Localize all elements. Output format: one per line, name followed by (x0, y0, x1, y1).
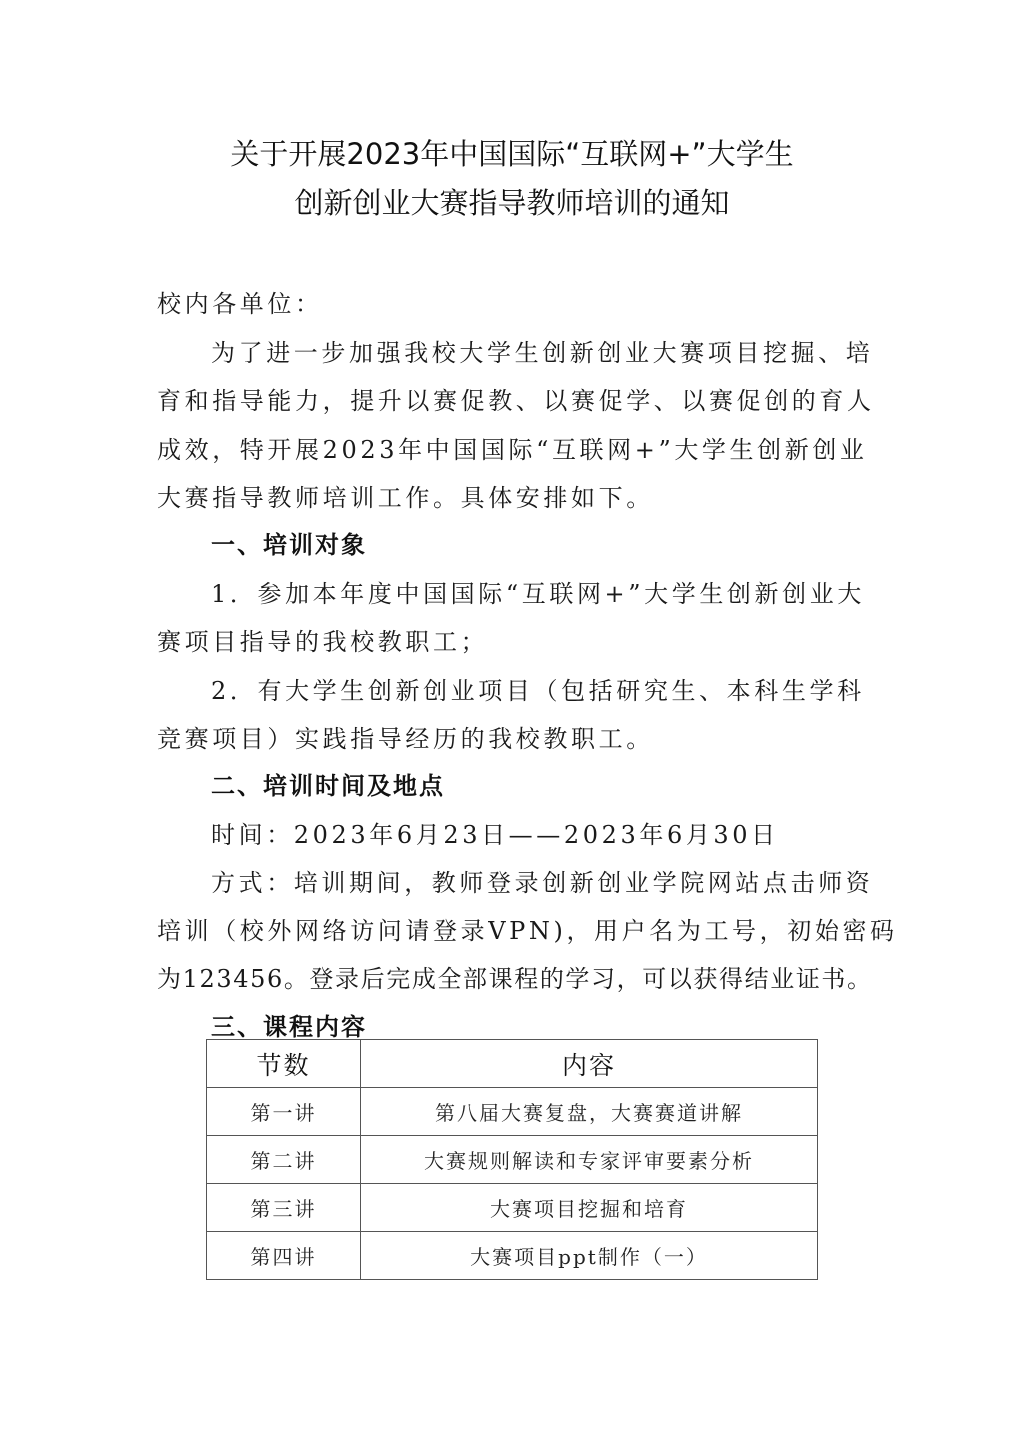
intro-line-2: 育和指导能力，提升以赛促教、以赛促学、以赛促创的育人 (157, 381, 875, 416)
course-table: 节数 内容 第一讲 第八届大赛复盘，大赛赛道讲解 第二讲 大赛规则解读和专家评审… (206, 1039, 818, 1280)
intro-line-1: 为了进一步加强我校大学生创新创业大赛项目挖掘、培 (211, 333, 873, 368)
intro-line-3: 成效，特开展2023年中国国际“互联网+”大学生创新创业 (157, 430, 868, 465)
table-row: 第四讲 大赛项目ppt制作（一） (207, 1232, 818, 1280)
document-title-line-2: 创新创业大赛指导教师培训的通知 (0, 181, 1024, 222)
content-cell: 大赛规则解读和专家评审要素分析 (361, 1136, 818, 1184)
section1-line-1: 1．参加本年度中国国际“互联网+”大学生创新创业大 (211, 574, 865, 609)
session-cell: 第一讲 (207, 1088, 361, 1136)
session-cell: 第二讲 (207, 1136, 361, 1184)
section1-line-2: 赛项目指导的我校教职工； (157, 622, 488, 657)
section1-line-3: 2．有大学生创新创业项目（包括研究生、本科生学科 (211, 671, 865, 706)
table-row: 第三讲 大赛项目挖掘和培育 (207, 1184, 818, 1232)
section-heading-3: 三、课程内容 (211, 1007, 367, 1042)
content-cell: 大赛项目ppt制作（一） (361, 1232, 818, 1280)
column-header-session: 节数 (207, 1040, 361, 1088)
section2-line-3: 培训（校外网络访问请登录VPN)，用户名为工号，初始密码 (157, 911, 898, 946)
intro-line-4: 大赛指导教师培训工作。具体安排如下。 (157, 478, 654, 513)
content-cell: 大赛项目挖掘和培育 (361, 1184, 818, 1232)
section-heading-1: 一、培训对象 (211, 525, 367, 560)
section2-time: 时间：2023年6月23日——2023年6月30日 (211, 815, 779, 850)
document-title-line-1: 关于开展2023年中国国际“互联网+”大学生 (0, 132, 1024, 173)
document-page: 关于开展2023年中国国际“互联网+”大学生 创新创业大赛指导教师培训的通知 校… (0, 0, 1024, 1448)
table-row: 第二讲 大赛规则解读和专家评审要素分析 (207, 1136, 818, 1184)
section2-line-4: 为123456。登录后完成全部课程的学习，可以获得结业证书。 (157, 959, 873, 994)
session-cell: 第四讲 (207, 1232, 361, 1280)
section-heading-2: 二、培训时间及地点 (211, 766, 445, 801)
column-header-content: 内容 (361, 1040, 818, 1088)
table-row: 第一讲 第八届大赛复盘，大赛赛道讲解 (207, 1088, 818, 1136)
session-cell: 第三讲 (207, 1184, 361, 1232)
section1-line-4: 竞赛项目）实践指导经历的我校教职工。 (157, 719, 654, 754)
table-header-row: 节数 内容 (207, 1040, 818, 1088)
content-cell: 第八届大赛复盘，大赛赛道讲解 (361, 1088, 818, 1136)
salutation: 校内各单位： (157, 284, 323, 319)
section2-line-2: 方式：培训期间，教师登录创新创业学院网站点击师资 (211, 863, 873, 898)
